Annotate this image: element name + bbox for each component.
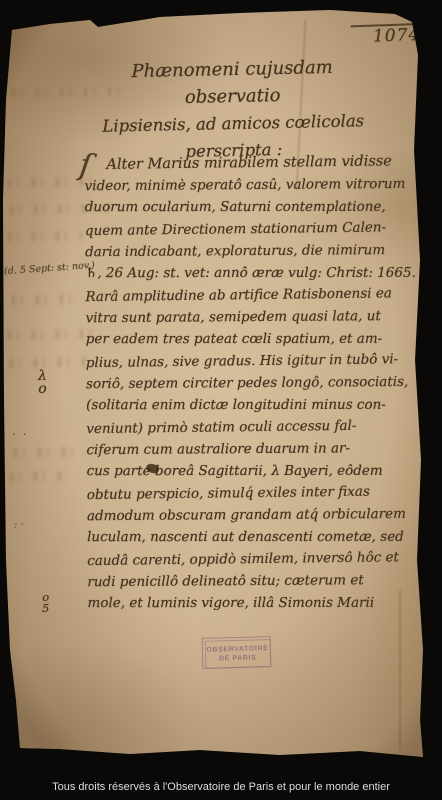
copyright-caption: Tous droits réservés à l'Observatoire de…	[0, 781, 442, 793]
body-line: Alter Marius mirabilem stellam vidisse	[84, 150, 426, 176]
body-line: mole, et luminis vigore, illâ Simonis Ma…	[88, 592, 430, 614]
body-line: per eadem tres pateat cœli spatium, et a…	[86, 328, 428, 350]
manuscript-paper: 1074. Phænomeni cujusdam observatio Lips…	[0, 0, 442, 800]
manuscript-body: Alter Marius mirabilem stellam vidisse v…	[84, 151, 429, 615]
margin-dots: · ·	[12, 428, 29, 441]
body-line: luculam, nascenti aut denascenti cometæ,…	[87, 526, 429, 548]
body-line: plius, ulnas, sive gradus. His igitur in…	[86, 348, 428, 374]
bleed-through-mark	[6, 294, 76, 304]
body-line: Rarâ amplitudine ab artifice Ratisbonens…	[85, 282, 427, 308]
body-line: ciferum cum australiore duarum in ar-	[86, 437, 428, 461]
body-line: obtutu perspicio, simulq́ exiles inter f…	[87, 480, 429, 506]
margin-dots: : ·	[14, 520, 24, 531]
body-line: quem ante Directionem stationarium Calen…	[85, 216, 427, 242]
page-number: 1074.	[351, 23, 430, 48]
bleed-through-mark	[4, 471, 64, 481]
body-line: duorum ocularium, Saturni contemplatione…	[85, 196, 427, 218]
stamp-line-2: DE PARIS	[219, 653, 257, 663]
paper-crease	[399, 590, 401, 750]
margin-lambda-bottom: o	[38, 383, 47, 396]
bleed-through-mark	[2, 231, 82, 241]
bleed-through-mark	[8, 447, 78, 457]
body-line: caudâ carenti, oppidò similem, inversô h…	[87, 546, 429, 572]
scanned-manuscript-page: { "page_number": "1074.", "title": { "li…	[0, 0, 442, 800]
body-line: cus parte boreâ Sagittarii, λ Bayeri, eô…	[87, 460, 429, 482]
title-line-1: Phænomeni cujusdam observatio	[87, 53, 378, 113]
body-line: vitra sunt parata, semipedem quasi lata,…	[85, 305, 427, 329]
body-line: ♄, 26 Aug: st. vet: annô æræ vulg: Chris…	[85, 262, 427, 284]
body-line: soriô, septem circiter pedes longô, cons…	[86, 371, 428, 395]
document-title: Phænomeni cujusdam observatio Lipsiensis…	[87, 53, 379, 167]
body-line: videor, minimè speratô casû, valorem vit…	[85, 173, 427, 197]
margin-date-note: (d. 5 Sept: st: nov.)	[4, 260, 95, 277]
margin-lambda-mark: λ o	[38, 370, 47, 396]
body-line: admodum obscuram grandam atq́ orbiculare…	[87, 503, 429, 527]
body-line: veniunt) primò statim oculi accessu fal-	[86, 414, 428, 440]
margin-symbol-bottom: 5	[42, 603, 49, 614]
body-line: (solitaria enim dictæ longitudini minus …	[86, 394, 428, 416]
bleed-through-mark	[4, 357, 89, 367]
margin-astronomical-symbol: o 5	[42, 592, 49, 614]
stamp-text: OBSERVATOIRE DE PARIS	[204, 639, 271, 669]
body-line: daria indicabant, exploraturus, die nimi…	[85, 239, 427, 263]
bleed-through-mark	[2, 329, 97, 340]
body-line: rudi penicillô delineatô situ; cæterum e…	[87, 569, 429, 593]
observatoire-de-paris-stamp: OBSERVATOIRE DE PARIS	[202, 636, 272, 669]
